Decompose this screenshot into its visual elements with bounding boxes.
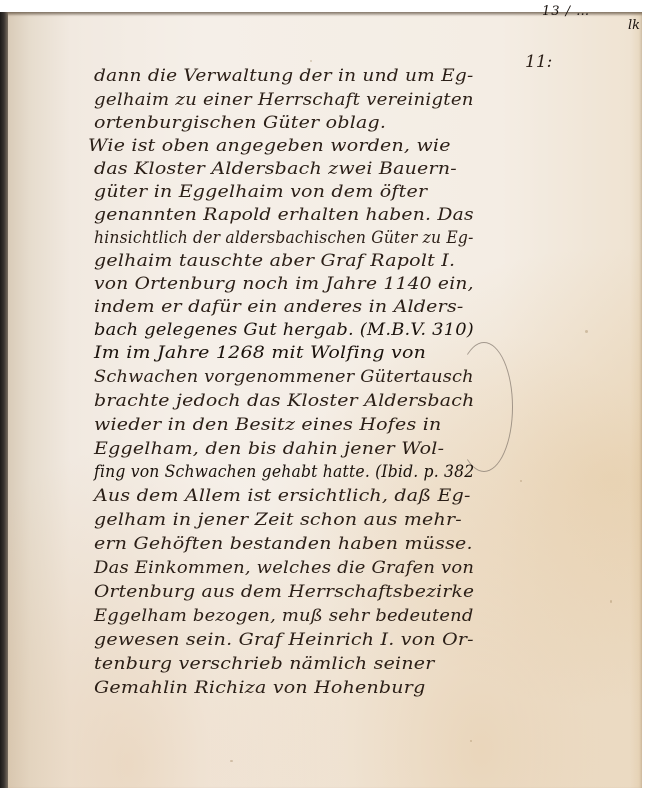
paper-speckle <box>470 740 472 742</box>
text-line: tenburg verschrieb nämlich seiner <box>94 654 435 673</box>
folio-number: 11: <box>525 52 552 72</box>
text-line: Gemahlin Richiza von Hohenburg <box>94 678 425 697</box>
text-line: hinsichtlich der aldersbachischen Güter … <box>94 228 474 247</box>
text-line: Aus dem Allem ist ersichtlich, daß Eg- <box>94 486 471 505</box>
text-line-citation: fing von Schwachen gehabt hatte. (Ibid. … <box>94 462 474 481</box>
text-line: wieder in den Besitz eines Hofes in <box>94 415 441 434</box>
text-line: genannten Rapold erhalten haben. Das <box>94 205 474 224</box>
top-right-note: 13 / … <box>542 4 590 19</box>
text-line: Das Einkommen, welches die Grafen von <box>94 558 474 577</box>
text-line: das Kloster Aldersbach zwei Bauern- <box>94 159 457 178</box>
text-line: gelhaim tauschte aber Graf Rapolt I. <box>94 251 455 270</box>
text-line: von Ortenburg noch im Jahre 1140 ein, <box>94 274 474 293</box>
text-line-citation: bach gelegenes Gut hergab. (M.B.V. 310) <box>94 320 474 339</box>
paper-speckle <box>310 60 312 62</box>
text-line: gelham in jener Zeit schon aus mehr- <box>94 510 462 529</box>
paper-speckle <box>585 330 588 333</box>
text-line: Eggelham, den bis dahin jener Wol- <box>94 439 444 458</box>
text-line: Ortenburg aus dem Herrschaftsbezirke <box>94 582 474 601</box>
text-line: Eggelham bezogen, muß sehr bedeutend <box>94 606 474 625</box>
text-line: Wie ist oben angegeben worden, wie <box>88 136 451 155</box>
paper-speckle <box>610 600 612 603</box>
top-right-edge-note: lk <box>628 18 640 33</box>
text-line: dann die Verwaltung der in und um Eg- <box>94 66 473 85</box>
paper-speckle <box>230 760 233 762</box>
text-line: gewesen sein. Graf Heinrich I. von Or- <box>94 630 474 649</box>
book-binding-edge <box>0 12 8 788</box>
text-line: ortenburgischen Güter oblag. <box>94 113 386 132</box>
text-line: güter in Eggelhaim von dem öfter <box>94 182 427 201</box>
text-line: Im im Jahre 1268 mit Wolfing von <box>94 343 426 362</box>
text-line: brachte jedoch das Kloster Aldersbach <box>94 391 475 410</box>
text-line: gelhaim zu einer Herrschaft vereinigten <box>94 90 474 109</box>
paper-speckle <box>520 480 522 482</box>
text-line: ern Gehöften bestanden haben müsse. <box>94 534 473 553</box>
text-line: indem er dafür ein anderes in Alders- <box>94 297 464 316</box>
manuscript-scan: 13 / … lk 11: dann die Verwaltung der in… <box>0 0 652 800</box>
text-line: Schwachen vorgenommener Gütertausch <box>94 367 474 386</box>
